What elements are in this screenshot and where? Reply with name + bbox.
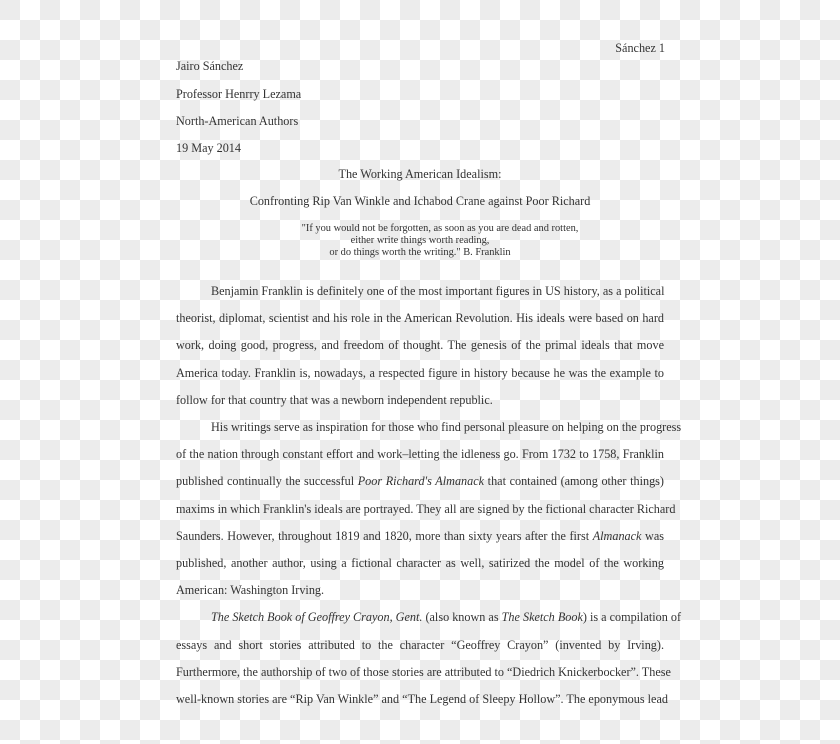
paragraph-line: American: Washington Irving. — [176, 583, 664, 597]
italic-title: The Sketch Book — [502, 610, 583, 624]
epigraph-line: "If you would not be forgotten, as soon … — [196, 223, 684, 235]
subtitle: Confronting Rip Van Winkle and Ichabod C… — [176, 194, 664, 208]
date: 19 May 2014 — [176, 141, 241, 155]
paragraph-line: His writings serve as inspiration for th… — [211, 420, 664, 434]
running-head: Sánchez 1 — [615, 41, 665, 55]
paragraph-line: Benjamin Franklin is definitely one of t… — [211, 284, 664, 298]
paragraph-line: Saunders. However, throughout 1819 and 1… — [176, 529, 664, 543]
paragraph-line: America today. Franklin is, nowadays, a … — [176, 366, 664, 380]
paragraph-line: theorist, diplomat, scientist and his ro… — [176, 311, 664, 325]
italic-title: The Sketch Book of Geoffrey Crayon, Gent… — [211, 610, 422, 624]
paragraph-line: published, another author, using a ficti… — [176, 556, 664, 570]
paragraph-line: essays and short stories attributed to t… — [176, 638, 664, 652]
paragraph-line: published continually the successful Poo… — [176, 474, 664, 488]
author-name: Jairo Sánchez — [176, 59, 243, 73]
title: The Working American Idealism: — [176, 167, 664, 181]
epigraph-line: either write things worth reading, — [176, 235, 664, 247]
paragraph-line: The Sketch Book of Geoffrey Crayon, Gent… — [211, 610, 664, 624]
italic-title: Poor Richard's Almanack — [358, 474, 484, 488]
epigraph-line: or do things worth the writing." B. Fran… — [176, 247, 664, 259]
paragraph-line: work, doing good, progress, and freedom … — [176, 338, 664, 352]
paragraph-line: follow for that country that was a newbo… — [176, 393, 664, 407]
professor-name: Professor Henrry Lezama — [176, 87, 301, 101]
paragraph-line: Furthermore, the authorship of two of th… — [176, 665, 664, 679]
document-page: Sánchez 1 Jairo Sánchez Professor Henrry… — [0, 0, 840, 744]
paragraph-line: maxims in which Franklin's ideals are po… — [176, 502, 664, 516]
paragraph-line: well-known stories are “Rip Van Winkle” … — [176, 692, 664, 706]
italic-title: Almanack — [593, 529, 642, 543]
paragraph-line: of the nation through constant effort an… — [176, 447, 664, 461]
course-name: North-American Authors — [176, 114, 298, 128]
